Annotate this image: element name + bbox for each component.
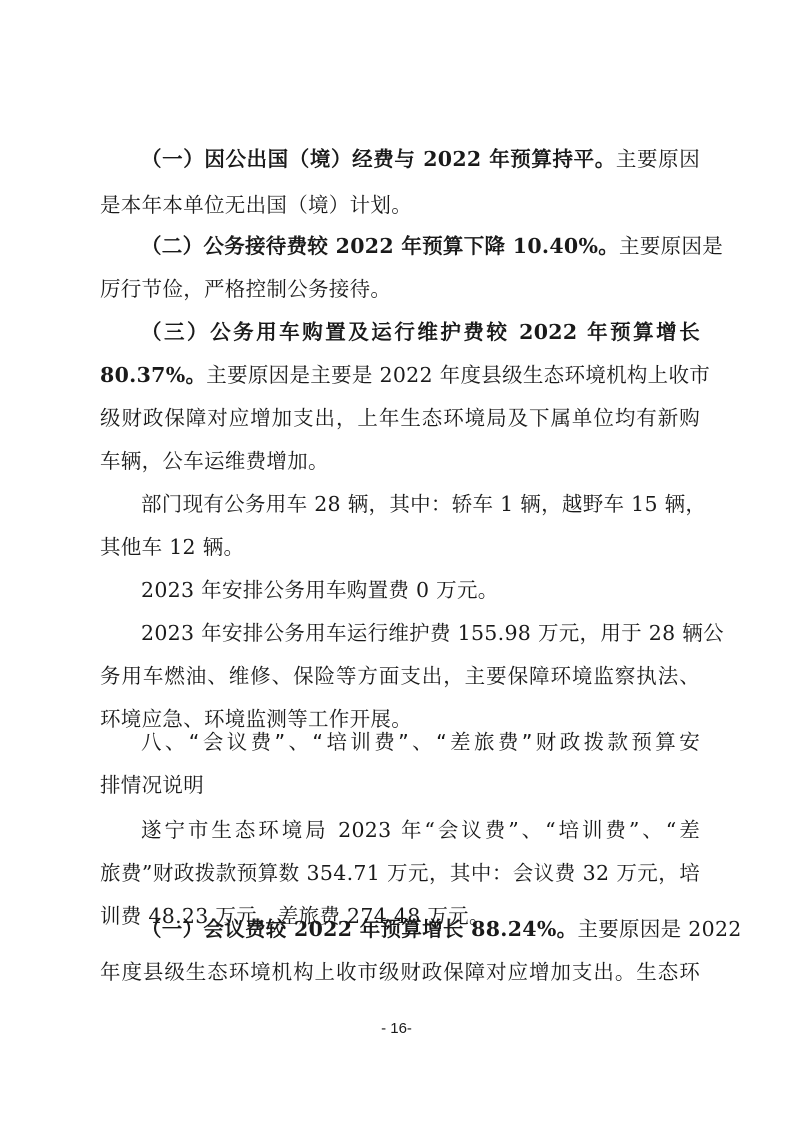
- paragraph-meeting-line-2: 年度县级生态环境机构上收市级财政保障对应增加支出。生态环: [100, 954, 700, 990]
- body-text: 其他车 12 辆。: [100, 535, 244, 559]
- paragraph-fleet-line-2: 其他车 12 辆。: [100, 529, 700, 565]
- vehicle-change-value: 80.37%。: [100, 363, 206, 387]
- paragraph-fleet-line-1: 部门现有公务用车 28 辆，其中：轿车 1 辆，越野车 15 辆，: [141, 486, 700, 522]
- body-text: 主要原因是: [619, 234, 723, 258]
- paragraph-reception-line-2: 厉行节俭，严格控制公务接待。: [100, 271, 700, 307]
- paragraph-overseas-line-2: 是本年本单位无出国（境）计划。: [100, 187, 700, 223]
- subheading-reception: （二）公务接待费较 2022 年预算下降 10.40%。: [141, 234, 619, 258]
- body-text: 2023 年安排公务用车购置费 0 万元。: [141, 578, 499, 602]
- section-heading-text: 八、“会议费”、“培训费”、“差旅费”财政拨款预算安: [141, 730, 700, 754]
- paragraph-vehicle-line-4: 车辆，公车运维费增加。: [100, 443, 700, 479]
- page-number: - 16-: [0, 1020, 793, 1037]
- body-text: 年度县级生态环境机构上收市级财政保障对应增加支出。生态环: [100, 960, 700, 984]
- body-text: 主要原因是主要是 2022 年度县级生态环境机构上收市: [206, 363, 710, 387]
- section-heading-8-line-2: 排情况说明: [100, 767, 700, 803]
- paragraph-maintenance-line-1: 2023 年安排公务用车运行维护费 155.98 万元，用于 28 辆公: [141, 615, 700, 651]
- body-text: 主要原因: [616, 147, 700, 171]
- section-heading-8-line-1: 八、“会议费”、“培训费”、“差旅费”财政拨款预算安: [141, 724, 700, 760]
- paragraph-reception-line-1: （二）公务接待费较 2022 年预算下降 10.40%。主要原因是: [141, 228, 700, 264]
- body-text: 旅费”财政拨款预算数 354.71 万元，其中：会议费 32 万元，培: [100, 861, 700, 885]
- section-heading-text: 排情况说明: [100, 773, 204, 797]
- paragraph-maintenance-line-2: 务用车燃油、维修、保险等方面支出，主要保障环境监察执法、: [100, 658, 700, 694]
- paragraph-vehicle-line-3: 级财政保障对应增加支出，上年生态环境局及下属单位均有新购: [100, 400, 700, 436]
- paragraph-meeting-line-1: （一）会议费较 2022 年预算增长 88.24%。主要原因是 2022: [141, 911, 700, 947]
- body-text: 车辆，公车运维费增加。: [100, 449, 329, 473]
- subheading-overseas: （一）因公出国（境）经费与 2022 年预算持平。: [141, 147, 616, 171]
- body-text: 厉行节俭，严格控制公务接待。: [100, 277, 391, 301]
- body-text: 2023 年安排公务用车运行维护费 155.98 万元，用于 28 辆公: [141, 621, 724, 645]
- paragraph-overseas-line-1: （一）因公出国（境）经费与 2022 年预算持平。主要原因: [141, 141, 700, 177]
- subheading-vehicle: （三）公务用车购置及运行维护费较 2022 年预算增长: [141, 320, 700, 344]
- paragraph-vehicle-line-1: （三）公务用车购置及运行维护费较 2022 年预算增长: [141, 314, 700, 350]
- body-text: 是本年本单位无出国（境）计划。: [100, 193, 412, 217]
- paragraph-three-fees-line-1: 遂宁市生态环境局 2023 年“会议费”、“培训费”、“差: [141, 812, 700, 848]
- paragraph-vehicle-line-2: 80.37%。主要原因是主要是 2022 年度县级生态环境机构上收市: [100, 357, 700, 393]
- body-text: 主要原因是 2022: [577, 917, 741, 941]
- body-text: 级财政保障对应增加支出，上年生态环境局及下属单位均有新购: [100, 406, 700, 430]
- body-text: 遂宁市生态环境局 2023 年“会议费”、“培训费”、“差: [141, 818, 700, 842]
- body-text: 务用车燃油、维修、保险等方面支出，主要保障环境监察执法、: [100, 664, 700, 688]
- document-page: （一）因公出国（境）经费与 2022 年预算持平。主要原因 是本年本单位无出国（…: [0, 0, 793, 1122]
- subheading-meeting: （一）会议费较 2022 年预算增长 88.24%。: [141, 917, 577, 941]
- paragraph-purchase: 2023 年安排公务用车购置费 0 万元。: [141, 572, 700, 608]
- paragraph-three-fees-line-2: 旅费”财政拨款预算数 354.71 万元，其中：会议费 32 万元，培: [100, 855, 700, 891]
- body-text: 部门现有公务用车 28 辆，其中：轿车 1 辆，越野车 15 辆，: [141, 492, 706, 516]
